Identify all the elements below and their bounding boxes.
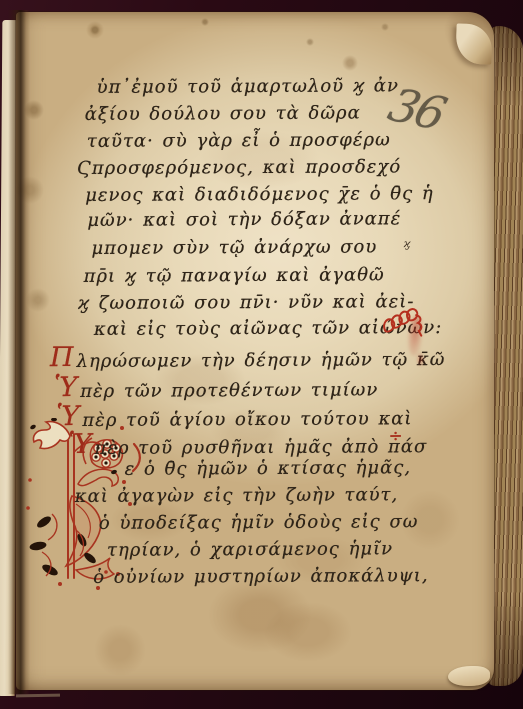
manuscript-line: ἀξίου δούλου σου τὰ δῶρα [85, 102, 361, 124]
manuscript-line: ταῦτα· σὺ γὰρ εἶ ὁ προσφέρω [87, 129, 391, 152]
manuscript-line: ϗ ζωοποιῶ σου πν̄ι· νῦν καὶ ἀεὶ- [78, 291, 415, 314]
manuscript-photo: ὑπ᾿ἐμοῦ τοῦ ἁμαρτωλοῦ ϗ ἀν ἀξίου δούλου … [0, 0, 523, 709]
manuscript-line: Πληρώσωμεν τὴν δέησιν ἡμῶν τῷ κ̄ῶ [50, 343, 445, 372]
manuscript-line: ε ὁ θ̄ς ἡμῶν ὁ κτίσας ἡμᾶς, [125, 457, 412, 479]
manuscript-line: μενος καὶ διαδιδόμενος χ̄ε ὁ θ̄ς ἡ [85, 183, 434, 206]
manuscript-line: μῶν· καὶ σοὶ τὴν δόξαν ἀναπέ [87, 208, 401, 231]
manuscript-line: πρ̄ι ϗ τῷ παναγίω καὶ ἀγαθῶ [84, 264, 385, 287]
margin-kai-mark: ϗ [403, 237, 410, 250]
manuscript-line: τηρίαν, ὁ χαρισάμενος ἡμῖν [107, 538, 393, 560]
manuscript-line: Ὑπὲρ τοῦ ρυσθῆναι ἡμᾶς ἀπὸ πάσ [68, 430, 427, 459]
rubric-initial: Ὑ [68, 429, 92, 460]
manuscript-line: ὁ ὑποδείξας ἡμῖν ὁδοὺς εἰς σω [99, 511, 419, 534]
manuscript-line: Ὑπὲρ τῶν προτεθέντων τιμίων [54, 373, 378, 402]
rubric-initial: Ὑ [54, 372, 78, 403]
manuscript-line: Ὑπὲρ τοῦ ἁγίου οἴκου τούτου καὶ [56, 402, 412, 431]
red-ink-blot-small [416, 352, 425, 367]
manuscript-line: καὶ ἀγαγὼν εἰς τὴν ζωὴν ταύτ, [75, 484, 399, 507]
rubric-divider-mark: ÷ [388, 426, 402, 446]
manuscript-line: ὑπ᾿ἐμοῦ τοῦ ἁμαρτωλοῦ ϗ ἀν [97, 75, 399, 98]
page-corner-curl-bottom [448, 666, 490, 686]
rubric-initial: Ὑ [56, 401, 80, 432]
manuscript-line: Ϛπροσφερόμενος, καὶ προσδεχό [77, 156, 401, 179]
manuscript-line: ὁ οὐνίων μυστηρίων ἀποκάλυψι, [93, 565, 428, 588]
manuscript-line: μπομεν σὺν τῷ ἀνάρχω σου [91, 236, 377, 258]
rubric-initial: Π [50, 342, 75, 373]
